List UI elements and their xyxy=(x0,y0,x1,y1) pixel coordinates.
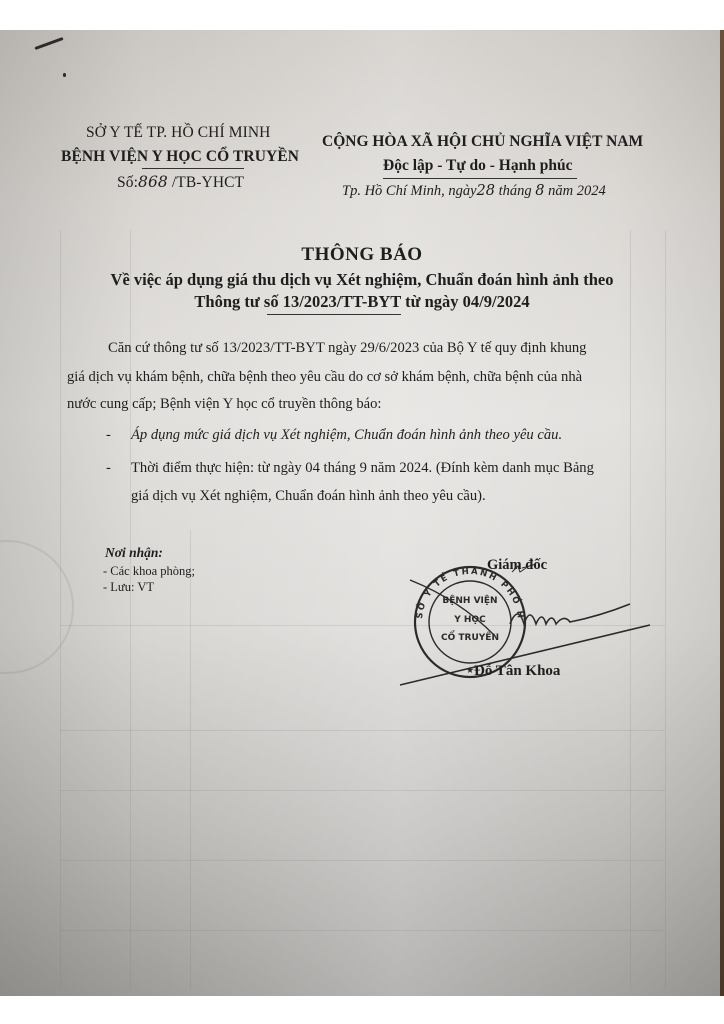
signatory-name: Đỗ Tân Khoa xyxy=(474,663,560,680)
bleed-line xyxy=(60,930,665,931)
month-label: tháng xyxy=(495,183,535,199)
document-title: THÔNG BÁO xyxy=(0,244,724,266)
document-subtitle-line1: Về việc áp dụng giá thu dịch vụ Xét nghi… xyxy=(0,270,724,290)
desk-edge xyxy=(720,30,724,996)
bleed-line xyxy=(60,730,665,731)
bullet-item-1: Áp dụng mức giá dịch vụ Xét nghiệm, Chuẩ… xyxy=(131,427,562,444)
organization-underline xyxy=(142,168,244,169)
month-handwritten: 8 xyxy=(535,183,544,199)
document-photo xyxy=(0,30,724,996)
year-label: năm 2024 xyxy=(545,183,606,199)
bleed-line xyxy=(60,790,665,791)
svg-text:★: ★ xyxy=(466,665,474,675)
document-subtitle-line2: Thông tư số 13/2023/TT-BYT từ ngày 04/9/… xyxy=(0,292,724,312)
bullet-item-2-line2: giá dịch vụ Xét nghiệm, Chuẩn đoán hình … xyxy=(131,488,486,505)
body-paragraph-line2: giá dịch vụ khám bệnh, chữa bệnh theo yê… xyxy=(67,369,582,386)
motto-underline xyxy=(383,178,577,179)
bleed-stamp xyxy=(0,540,74,674)
number-handwritten: 868 xyxy=(138,173,168,191)
body-paragraph-line1: Căn cứ thông tư số 13/2023/TT-BYT ngày 2… xyxy=(108,340,586,357)
national-motto: Độc lập - Tự do - Hạnh phúc xyxy=(383,157,572,175)
bullet-marker: - xyxy=(106,427,111,444)
bleed-line xyxy=(190,530,191,990)
recipients-title: Nơi nhận: xyxy=(105,545,163,561)
body-paragraph-line3: nước cung cấp; Bệnh viện Y học cổ truyền… xyxy=(67,396,381,413)
organization-name: BỆNH VIỆN Y HỌC CỔ TRUYỀN xyxy=(61,148,299,166)
pen-dot xyxy=(63,73,66,77)
place-date-prefix: Tp. Hồ Chí Minh, ngày xyxy=(342,183,477,199)
recipient-item: - Các khoa phòng; xyxy=(103,564,195,579)
signatory-title: Giám đốc xyxy=(487,557,547,574)
bullet-item-2-line1: Thời điểm thực hiện: từ ngày 04 tháng 9 … xyxy=(131,460,594,477)
bleed-line xyxy=(60,860,665,861)
authority-name: SỞ Y TẾ TP. HỒ CHÍ MINH xyxy=(86,124,270,142)
bullet-marker: - xyxy=(106,460,111,477)
nation-name: CỘNG HÒA XÃ HỘI CHỦ NGHĨA VIỆT NAM xyxy=(322,133,643,151)
number-suffix: /TB-YHCT xyxy=(168,174,244,191)
recipient-item: - Lưu: VT xyxy=(103,580,154,595)
day-handwritten: 28 xyxy=(477,183,495,199)
number-prefix: Số: xyxy=(117,174,138,191)
reference-underline xyxy=(267,314,401,315)
pen-mark xyxy=(34,37,63,50)
place-date: Tp. Hồ Chí Minh, ngày28 tháng 8 năm 2024 xyxy=(342,183,606,200)
document-number: Số:868 /TB-YHCT xyxy=(117,173,244,192)
